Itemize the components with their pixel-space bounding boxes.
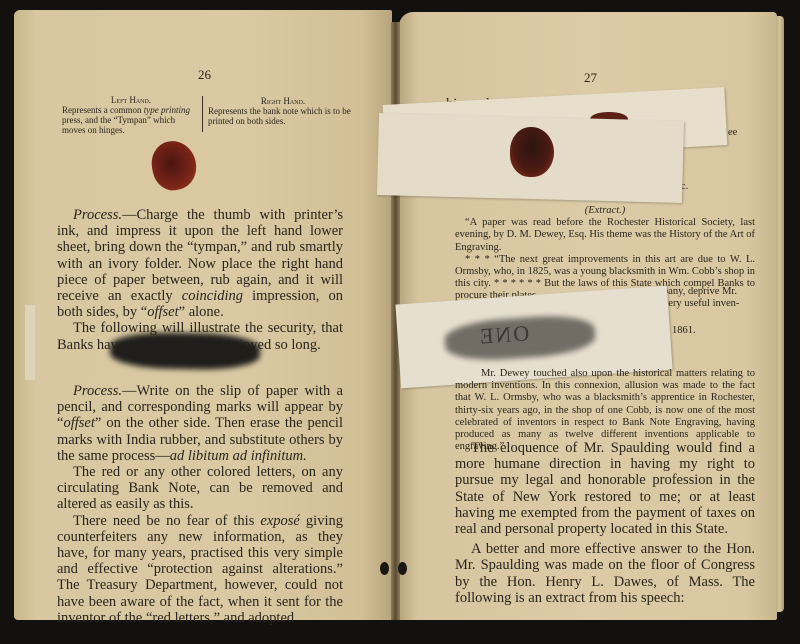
italic-word: exposé xyxy=(260,513,299,529)
page-stack-edge xyxy=(776,16,784,612)
caption-text: press, and the “Tympan” which moves on h… xyxy=(62,115,175,135)
right-hand-caption: Right Hand. Represents the bank note whi… xyxy=(208,96,358,126)
left-hand-heading: Left Hand. xyxy=(62,95,200,105)
italic-word: coinciding xyxy=(182,288,243,304)
paragraph: The eloquence of Mr. Spaulding would fin… xyxy=(455,440,755,537)
extract-paragraph: “A paper was read before the Rochester H… xyxy=(455,217,755,254)
italic-word: ad libitum ad infinitum. xyxy=(170,448,307,464)
left-text-block-2: Process.—Write on the slip of paper with… xyxy=(57,383,343,626)
paragraph: The red or any other colored letters, on… xyxy=(57,464,343,513)
mirrored-one-text: ONE xyxy=(477,320,530,350)
column-divider xyxy=(202,96,203,132)
peek-text: very useful inven- xyxy=(663,298,739,310)
page-number-left: 26 xyxy=(198,67,211,83)
italic-label: Process. xyxy=(73,383,122,399)
right-hand-heading: Right Hand. xyxy=(208,96,358,106)
left-hand-caption: Left Hand. Represents a common type prin… xyxy=(62,95,200,135)
caption-text: Represents the bank note which is to be … xyxy=(208,106,351,126)
binding-hole-right xyxy=(398,562,407,575)
paragraph-text: ” alone. xyxy=(179,304,224,320)
italic-word: offset xyxy=(63,415,94,431)
tape-strip xyxy=(25,305,35,380)
paragraph: A better and more effective answer to th… xyxy=(455,541,755,606)
peek-text: 1861. xyxy=(672,325,696,337)
caption-italic: type printing xyxy=(144,105,190,115)
pencil-smudge xyxy=(110,332,261,371)
right-text-block: The eloquence of Mr. Spaulding would fin… xyxy=(455,440,755,606)
italic-word: offset xyxy=(147,304,178,320)
page-number-right: 27 xyxy=(584,70,597,86)
paragraph-text: giving counterfeiters any new informatio… xyxy=(57,513,343,626)
extract-title: (Extract.) xyxy=(455,205,755,217)
paragraph-text: There need be no fear of this xyxy=(73,513,260,529)
caption-text: Represents a common xyxy=(62,105,144,115)
italic-label: Process. xyxy=(73,207,122,223)
binding-hole-left xyxy=(380,562,389,575)
peek-text: ee xyxy=(728,127,737,139)
red-thumbprint-copy xyxy=(510,127,554,177)
left-text-block-1: Process.—Charge the thumb with printer’s… xyxy=(57,207,343,353)
peek-text: pany, deprive Mr. xyxy=(663,286,737,298)
